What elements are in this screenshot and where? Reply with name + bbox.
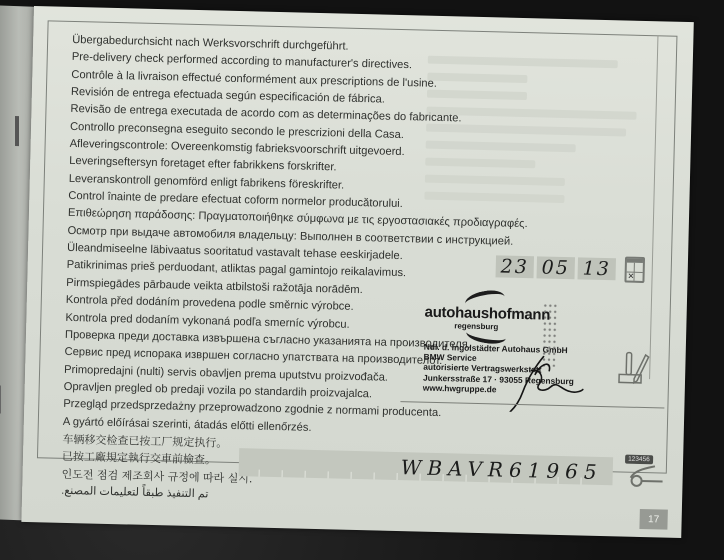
dealer-name: autohaushofmann (424, 304, 550, 324)
calendar-icon: ✕ (624, 257, 645, 283)
date-year[interactable]: 13 (577, 257, 616, 280)
delivery-date-field[interactable]: 23 05 13 (496, 255, 617, 280)
service-booklet-page: Übergabedurchsicht nach Werksvorschrift … (21, 6, 693, 538)
vin-handwritten: WBAVR61965 (401, 455, 603, 484)
binding-staple (0, 385, 1, 413)
date-month[interactable]: 05 (536, 256, 575, 279)
bleed-through-text (424, 53, 658, 212)
hammer-pen-icon (617, 350, 652, 385)
key-icon (624, 464, 665, 491)
binding-staple (15, 116, 19, 146)
page-number: 17 (639, 509, 667, 530)
date-day[interactable]: 23 (496, 255, 535, 278)
